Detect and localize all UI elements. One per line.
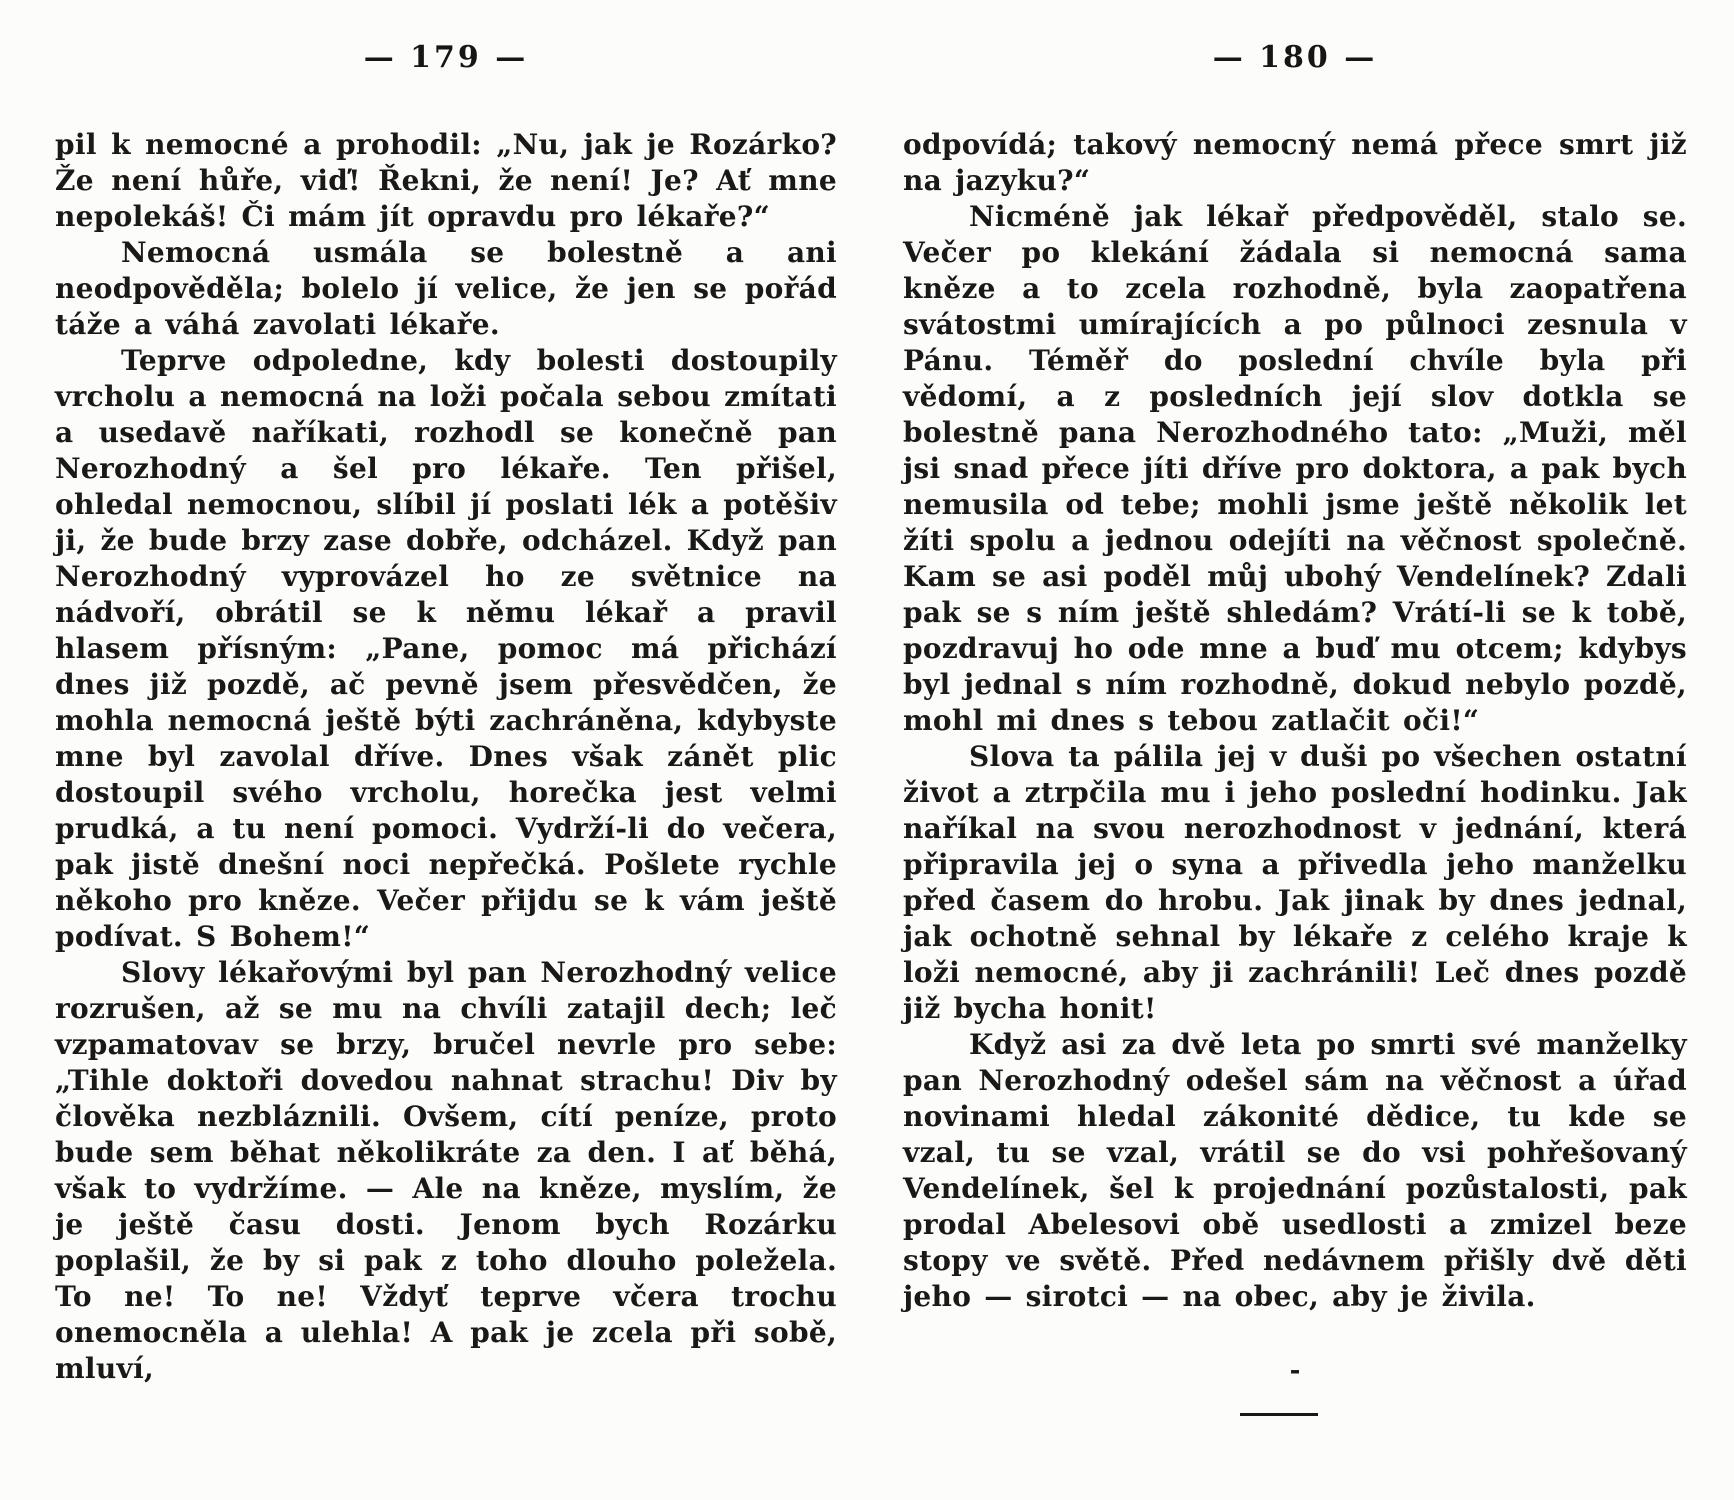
paragraph: Když asi za dvě leta po smrti své manžel… xyxy=(903,1027,1687,1315)
divider-rule xyxy=(1240,1413,1318,1416)
paragraph: Slova ta pálila jej v duši po všechen os… xyxy=(903,739,1687,1027)
paragraph: Teprve odpoledne, kdy bolesti dostoupily… xyxy=(55,343,837,955)
page-179-column: — 179 — pil k nemocné a prohodil: „Nu, j… xyxy=(55,40,837,1387)
paragraph: Slovy lékařovými byl pan Nerozhodný veli… xyxy=(55,955,837,1387)
paragraph: odpovídá; takový nemocný nemá přece smrt… xyxy=(903,127,1687,199)
end-dash-mark: - xyxy=(903,1361,1687,1381)
page-180-text-block: odpovídá; takový nemocný nemá přece smrt… xyxy=(903,127,1687,1315)
page-179-text-block: pil k nemocné a prohodil: „Nu, jak je Ro… xyxy=(55,127,837,1387)
scanned-book-spread: — 179 — pil k nemocné a prohodil: „Nu, j… xyxy=(0,0,1734,1500)
page-number: — 180 — xyxy=(903,40,1687,75)
page-180-column: — 180 — odpovídá; takový nemocný nemá př… xyxy=(903,40,1687,1416)
paragraph: pil k nemocné a prohodil: „Nu, jak je Ro… xyxy=(55,127,837,235)
paragraph: Nicméně jak lékař předpověděl, stalo se.… xyxy=(903,199,1687,739)
paragraph: Nemocná usmála se bolestně a ani neodpov… xyxy=(55,235,837,343)
page-number: — 179 — xyxy=(55,40,837,75)
